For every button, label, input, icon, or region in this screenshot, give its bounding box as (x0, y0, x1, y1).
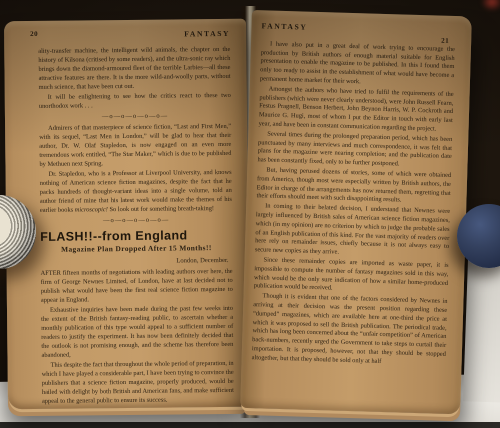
paragraph: I have also put in a great deal of work … (260, 40, 455, 90)
photo-of-open-fanzine: 20 FANTASY ality-transfer machine, the i… (0, 0, 500, 428)
italic-word: microscopic! (75, 206, 108, 213)
left-page: 20 FANTASY ality-transfer machine, the i… (4, 19, 250, 410)
paragraph-recap: ality-transfer machine, the intelligent … (38, 45, 230, 92)
flash-subhead: Magazine Plan Dropped After 15 Months!! (40, 243, 232, 254)
flash-headline: FLASH!!--from England (40, 231, 232, 242)
paragraph-stapledon-2-post: So look out for something breath-taking! (108, 205, 214, 213)
paragraph-critics: It will be enlightening to see how the c… (39, 91, 231, 111)
right-page-text-column: FANTASY I have also put in a great deal … (250, 22, 455, 410)
paragraph: Since these remainder copies are importe… (254, 256, 449, 297)
paragraph: Several times during the prolonged prepa… (257, 130, 452, 171)
paragraph-stapledon-1: Admirers of that masterpiece of science … (39, 122, 231, 169)
paragraph: In coming to their belated decision, I u… (255, 202, 450, 261)
red-blurred-object (481, 0, 500, 11)
page-number-left: 20 (30, 30, 38, 38)
table-edge-strip (0, 422, 500, 428)
paragraph: Though it is evident that one of the fac… (252, 292, 448, 368)
right-page: 21 FANTASY I have also put in a great de… (240, 10, 472, 414)
dateline: London, December. (40, 256, 228, 267)
running-head-left: FANTASY (38, 29, 230, 40)
left-page-text-column: FANTASY ality-transfer machine, the inte… (38, 29, 234, 403)
paragraph-after: AFTER fifteen months of negotiations wit… (41, 267, 233, 305)
section-divider-ornament: —o—o—o—o—o— (40, 215, 232, 226)
paragraph-stapledon-2: Dr. Stapledon, who is a Professor at Liv… (40, 168, 232, 215)
paragraph: But, having perused dozens of stories, s… (256, 166, 451, 207)
paragraph-despite: This despite the fact that throughout th… (42, 359, 234, 406)
paragraph-inquiries: Exhaustive inquiries have been made duri… (41, 304, 234, 360)
paragraph: Amongst the authors who have tried to fu… (258, 85, 453, 135)
running-head-right: FANTASY (261, 22, 455, 37)
section-divider-ornament: —o—o—o—o—o— (39, 111, 231, 122)
